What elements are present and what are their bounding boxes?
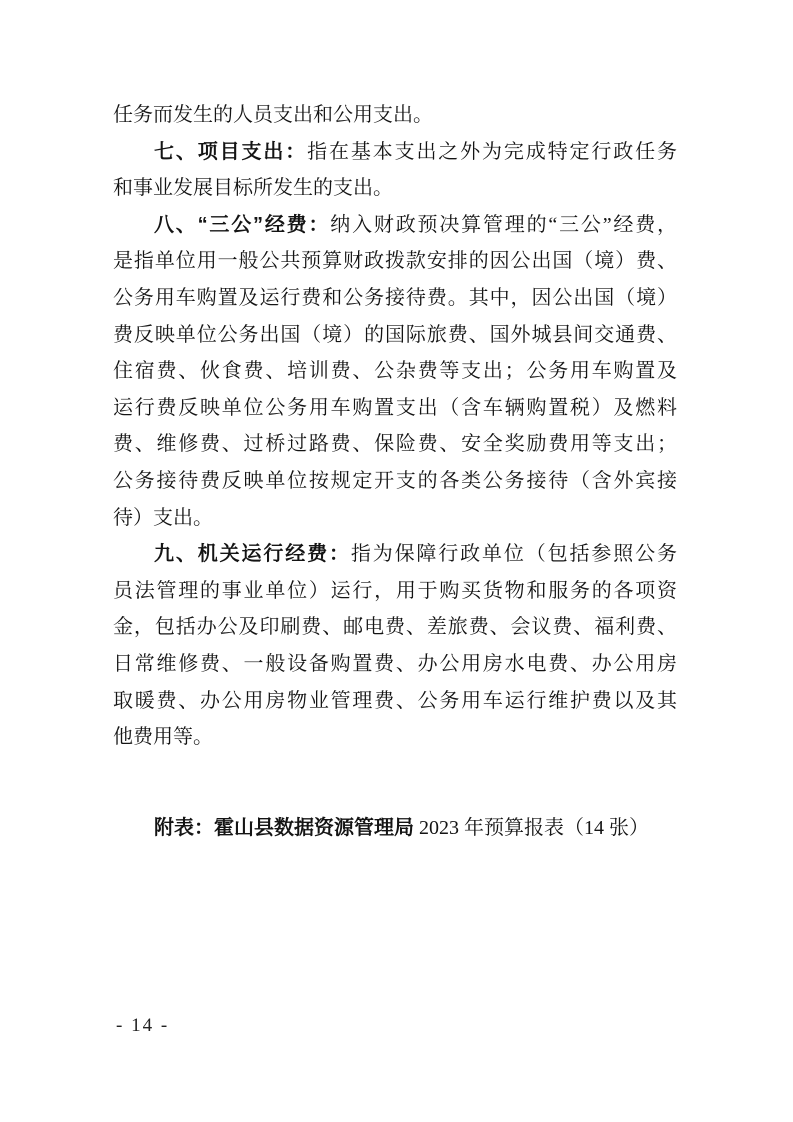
text-line: 公务用车购置及运行费和公务接待费。其中，因公出国（境） — [113, 280, 677, 317]
text-line: 待）支出。 — [113, 500, 677, 537]
text-segment: 和事业发展目标所发生的支出。 — [113, 177, 393, 199]
para-continuation-basic-expenditure: 任务而发生的人员支出和公用支出。 — [113, 97, 677, 134]
text-segment: 指为保障行政单位（包括参照公务 — [351, 543, 677, 565]
document-body: 任务而发生的人员支出和公用支出。七、项目支出：指在基本支出之外为完成特定行政任务… — [113, 97, 677, 846]
text-line: 运行费反映单位公务用车购置支出（含车辆购置税）及燃料 — [113, 390, 677, 427]
text-segment: 纳入财政预决算管理的“三公”经费， — [330, 214, 677, 236]
text-segment: 2023 年预算报表（14 张） — [414, 817, 649, 839]
para-7-project-expenditure: 七、项目支出：指在基本支出之外为完成特定行政任务和事业发展目标所发生的支出。 — [113, 134, 677, 207]
document-page: 任务而发生的人员支出和公用支出。七、项目支出：指在基本支出之外为完成特定行政任务… — [0, 0, 793, 1122]
para-attachment-note: 附表：霍山县数据资源管理局 2023 年预算报表（14 张） — [113, 810, 677, 847]
text-line: 费、维修费、过桥过路费、保险费、安全奖励费用等支出； — [113, 426, 677, 463]
text-line: 和事业发展目标所发生的支出。 — [113, 170, 677, 207]
text-segment: 取暖费、办公用房物业管理费、公务用车运行维护费以及其 — [113, 690, 677, 712]
text-segment: 任务而发生的人员支出和公用支出。 — [113, 104, 433, 126]
text-segment: 金，包括办公及印刷费、邮电费、差旅费、会议费、福利费、 — [113, 616, 677, 638]
page-number: - 14 - — [116, 1015, 169, 1036]
text-segment: 他费用等。 — [113, 726, 213, 748]
text-segment: 指在基本支出之外为完成特定行政任务 — [307, 141, 677, 163]
text-segment: 费反映单位公务出国（境）的国际旅费、国外城县间交通费、 — [113, 324, 677, 346]
heading-segment: 附表：霍山县数据资源管理局 — [154, 817, 414, 839]
heading-segment: 七、项目支出： — [154, 141, 307, 163]
text-line: 员法管理的事业单位）运行，用于购买货物和服务的各项资 — [113, 573, 677, 610]
text-segment: 是指单位用一般公共预算财政拨款安排的因公出国（境）费、 — [113, 250, 677, 272]
heading-segment: 九、机关运行经费： — [154, 543, 351, 565]
text-segment: 员法管理的事业单位）运行，用于购买货物和服务的各项资 — [113, 580, 677, 602]
text-line: 他费用等。 — [113, 719, 677, 756]
text-line: 日常维修费、一般设备购置费、办公用房水电费、办公用房 — [113, 646, 677, 683]
text-segment: 住宿费、伙食费、培训费、公杂费等支出；公务用车购置及 — [113, 360, 677, 382]
text-line: 取暖费、办公用房物业管理费、公务用车运行维护费以及其 — [113, 683, 677, 720]
text-segment: 待）支出。 — [113, 507, 213, 529]
text-line: 住宿费、伙食费、培训费、公杂费等支出；公务用车购置及 — [113, 353, 677, 390]
text-line: 费反映单位公务出国（境）的国际旅费、国外城县间交通费、 — [113, 317, 677, 354]
text-line: 金，包括办公及印刷费、邮电费、差旅费、会议费、福利费、 — [113, 609, 677, 646]
text-line: 九、机关运行经费：指为保障行政单位（包括参照公务 — [113, 536, 677, 573]
text-segment: 运行费反映单位公务用车购置支出（含车辆购置税）及燃料 — [113, 397, 677, 419]
page-footer: - 14 - — [116, 1011, 169, 1041]
text-line: 公务接待费反映单位按规定开支的各类公务接待（含外宾接 — [113, 463, 677, 500]
text-segment: 费、维修费、过桥过路费、保险费、安全奖励费用等支出； — [113, 433, 677, 455]
para-8-three-public-funds: 八、“三公”经费：纳入财政预决算管理的“三公”经费，是指单位用一般公共预算财政拨… — [113, 207, 677, 536]
text-line: 是指单位用一般公共预算财政拨款安排的因公出国（境）费、 — [113, 243, 677, 280]
text-line: 附表：霍山县数据资源管理局 2023 年预算报表（14 张） — [113, 810, 677, 847]
text-line: 七、项目支出：指在基本支出之外为完成特定行政任务 — [113, 134, 677, 171]
text-segment: 公务用车购置及运行费和公务接待费。其中，因公出国（境） — [113, 287, 677, 309]
para-9-agency-operating-costs: 九、机关运行经费：指为保障行政单位（包括参照公务员法管理的事业单位）运行，用于购… — [113, 536, 677, 756]
text-line: 任务而发生的人员支出和公用支出。 — [113, 97, 677, 134]
heading-segment: 八、“三公”经费： — [154, 214, 330, 236]
text-segment: 日常维修费、一般设备购置费、办公用房水电费、办公用房 — [113, 653, 677, 675]
text-segment: 公务接待费反映单位按规定开支的各类公务接待（含外宾接 — [113, 470, 677, 492]
text-line: 八、“三公”经费：纳入财政预决算管理的“三公”经费， — [113, 207, 677, 244]
